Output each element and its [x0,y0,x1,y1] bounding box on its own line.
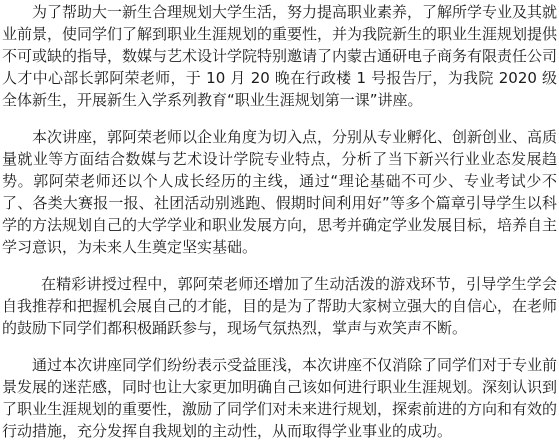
paragraph-conclusion: 通过本次讲座同学们纷纷表示受益匪浅，本次讲座不仅消除了同学们对于专业前景发展的迷… [2,354,557,442]
paragraph-lecture-content: 本次讲座，郭阿荣老师以企业角度为切入点，分别从专业孵化、创新创业、高质量就业等方… [2,126,557,258]
document-page: 为了帮助大一新生合理规划大学生活，努力提高职业素养，了解所学专业及其就业前景，使… [0,0,559,447]
paragraph-game-session: 在精彩讲授过程中，郭阿荣老师还增加了生动活泼的游戏环节，引导学生学会自我推荐和把… [2,273,557,339]
paragraph-lecture-intro: 为了帮助大一新生合理规划大学生活，努力提高职业素养，了解所学专业及其就业前景，使… [2,1,557,111]
